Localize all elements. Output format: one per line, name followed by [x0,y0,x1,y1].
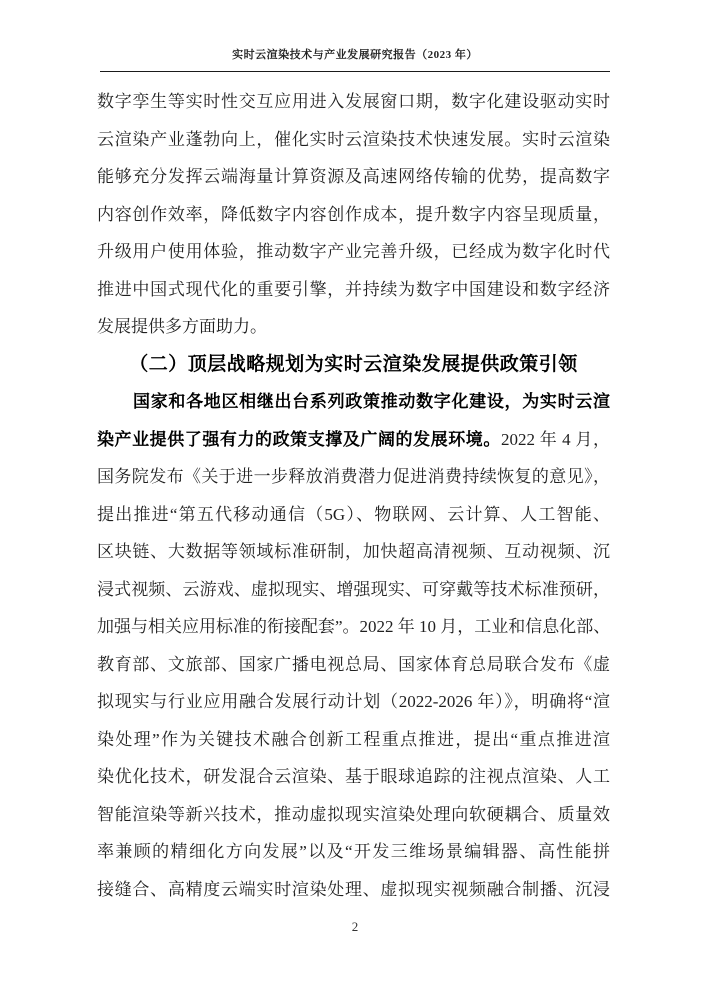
bold-topic-sentence-part: 染产业提供了强有力的政策支撑及广阔的发展环境。 [97,430,501,449]
text-line: 国务院发布《关于进一步释放消费潜力促进消费持续恢复的意见》， [97,458,610,496]
text-line: 染处理”作为关键技术融合创新工程重点推进，提出“重点推进渲 [97,721,610,759]
running-header-title: 实时云渲染技术与产业发展研究报告（2023 年） [0,46,710,62]
paragraph-1: 数字孪生等实时性交互应用进入发展窗口期，数字化建设驱动实时 云渲染产业蓬勃向上，… [97,83,610,346]
text-line: 智能渲染等新兴技术，推动虚拟现实渲染处理向软硬耦合、质量效 [97,796,610,834]
text-line: 云渲染产业蓬勃向上，催化实时云渲染技术快速发展。实时云渲染 [97,121,610,159]
header-divider [100,71,610,72]
bold-topic-sentence-part: 国家和各地区相继出台系列政策推动数字化建设，为实时云渲 [133,392,610,411]
text-line: 加强与相关应用标准的衔接配套”。2022 年 10 月，工业和信息化部、 [97,608,610,646]
text-line: 内容创作效率，降低数字内容创作成本，提升数字内容呈现质量， [97,196,610,234]
text-line: 率兼顾的精细化方向发展”以及“开发三维场景编辑器、高性能拼 [97,833,610,871]
text-line: 教育部、文旅部、国家广播电视总局、国家体育总局联合发布《虚 [97,646,610,684]
page-number: 2 [0,919,710,935]
paragraph-2: 国家和各地区相继出台系列政策推动数字化建设，为实时云渲 染产业提供了强有力的政策… [97,383,610,908]
regular-text-part: 2022 年 4 月， [501,430,610,449]
text-line: 拟现实与行业应用融合发展行动计划（2022-2026 年）》，明确将“渲 [97,683,610,721]
text-line: 染优化技术，研发混合云渲染、基于眼球追踪的注视点渲染、人工 [97,758,610,796]
page-content: 数字孪生等实时性交互应用进入发展窗口期，数字化建设驱动实时 云渲染产业蓬勃向上，… [97,83,610,908]
text-line: 国家和各地区相继出台系列政策推动数字化建设，为实时云渲 [97,383,610,421]
text-line: 染产业提供了强有力的政策支撑及广阔的发展环境。2022 年 4 月， [97,421,610,459]
text-line: 数字孪生等实时性交互应用进入发展窗口期，数字化建设驱动实时 [97,83,610,121]
section-heading: （二）顶层战略规划为实时云渲染发展提供政策引领 [97,346,610,384]
text-line: 区块链、大数据等领域标准研制，加快超高清视频、互动视频、沉 [97,533,610,571]
text-line: 提出推进“第五代移动通信（5G）、物联网、云计算、人工智能、 [97,496,610,534]
report-page: 实时云渲染技术与产业发展研究报告（2023 年） 数字孪生等实时性交互应用进入发… [0,0,710,1004]
text-line: 能够充分发挥云端海量计算资源及高速网络传输的优势，提高数字 [97,158,610,196]
text-line: 升级用户使用体验，推动数字产业完善升级，已经成为数字化时代 [97,233,610,271]
text-line: 发展提供多方面助力。 [97,308,610,346]
text-line: 接缝合、高精度云端实时渲染处理、虚拟现实视频融合制播、沉浸 [97,871,610,909]
text-line: 推进中国式现代化的重要引擎，并持续为数字中国建设和数字经济 [97,271,610,309]
text-line: 浸式视频、云游戏、虚拟现实、增强现实、可穿戴等技术标准预研， [97,571,610,609]
